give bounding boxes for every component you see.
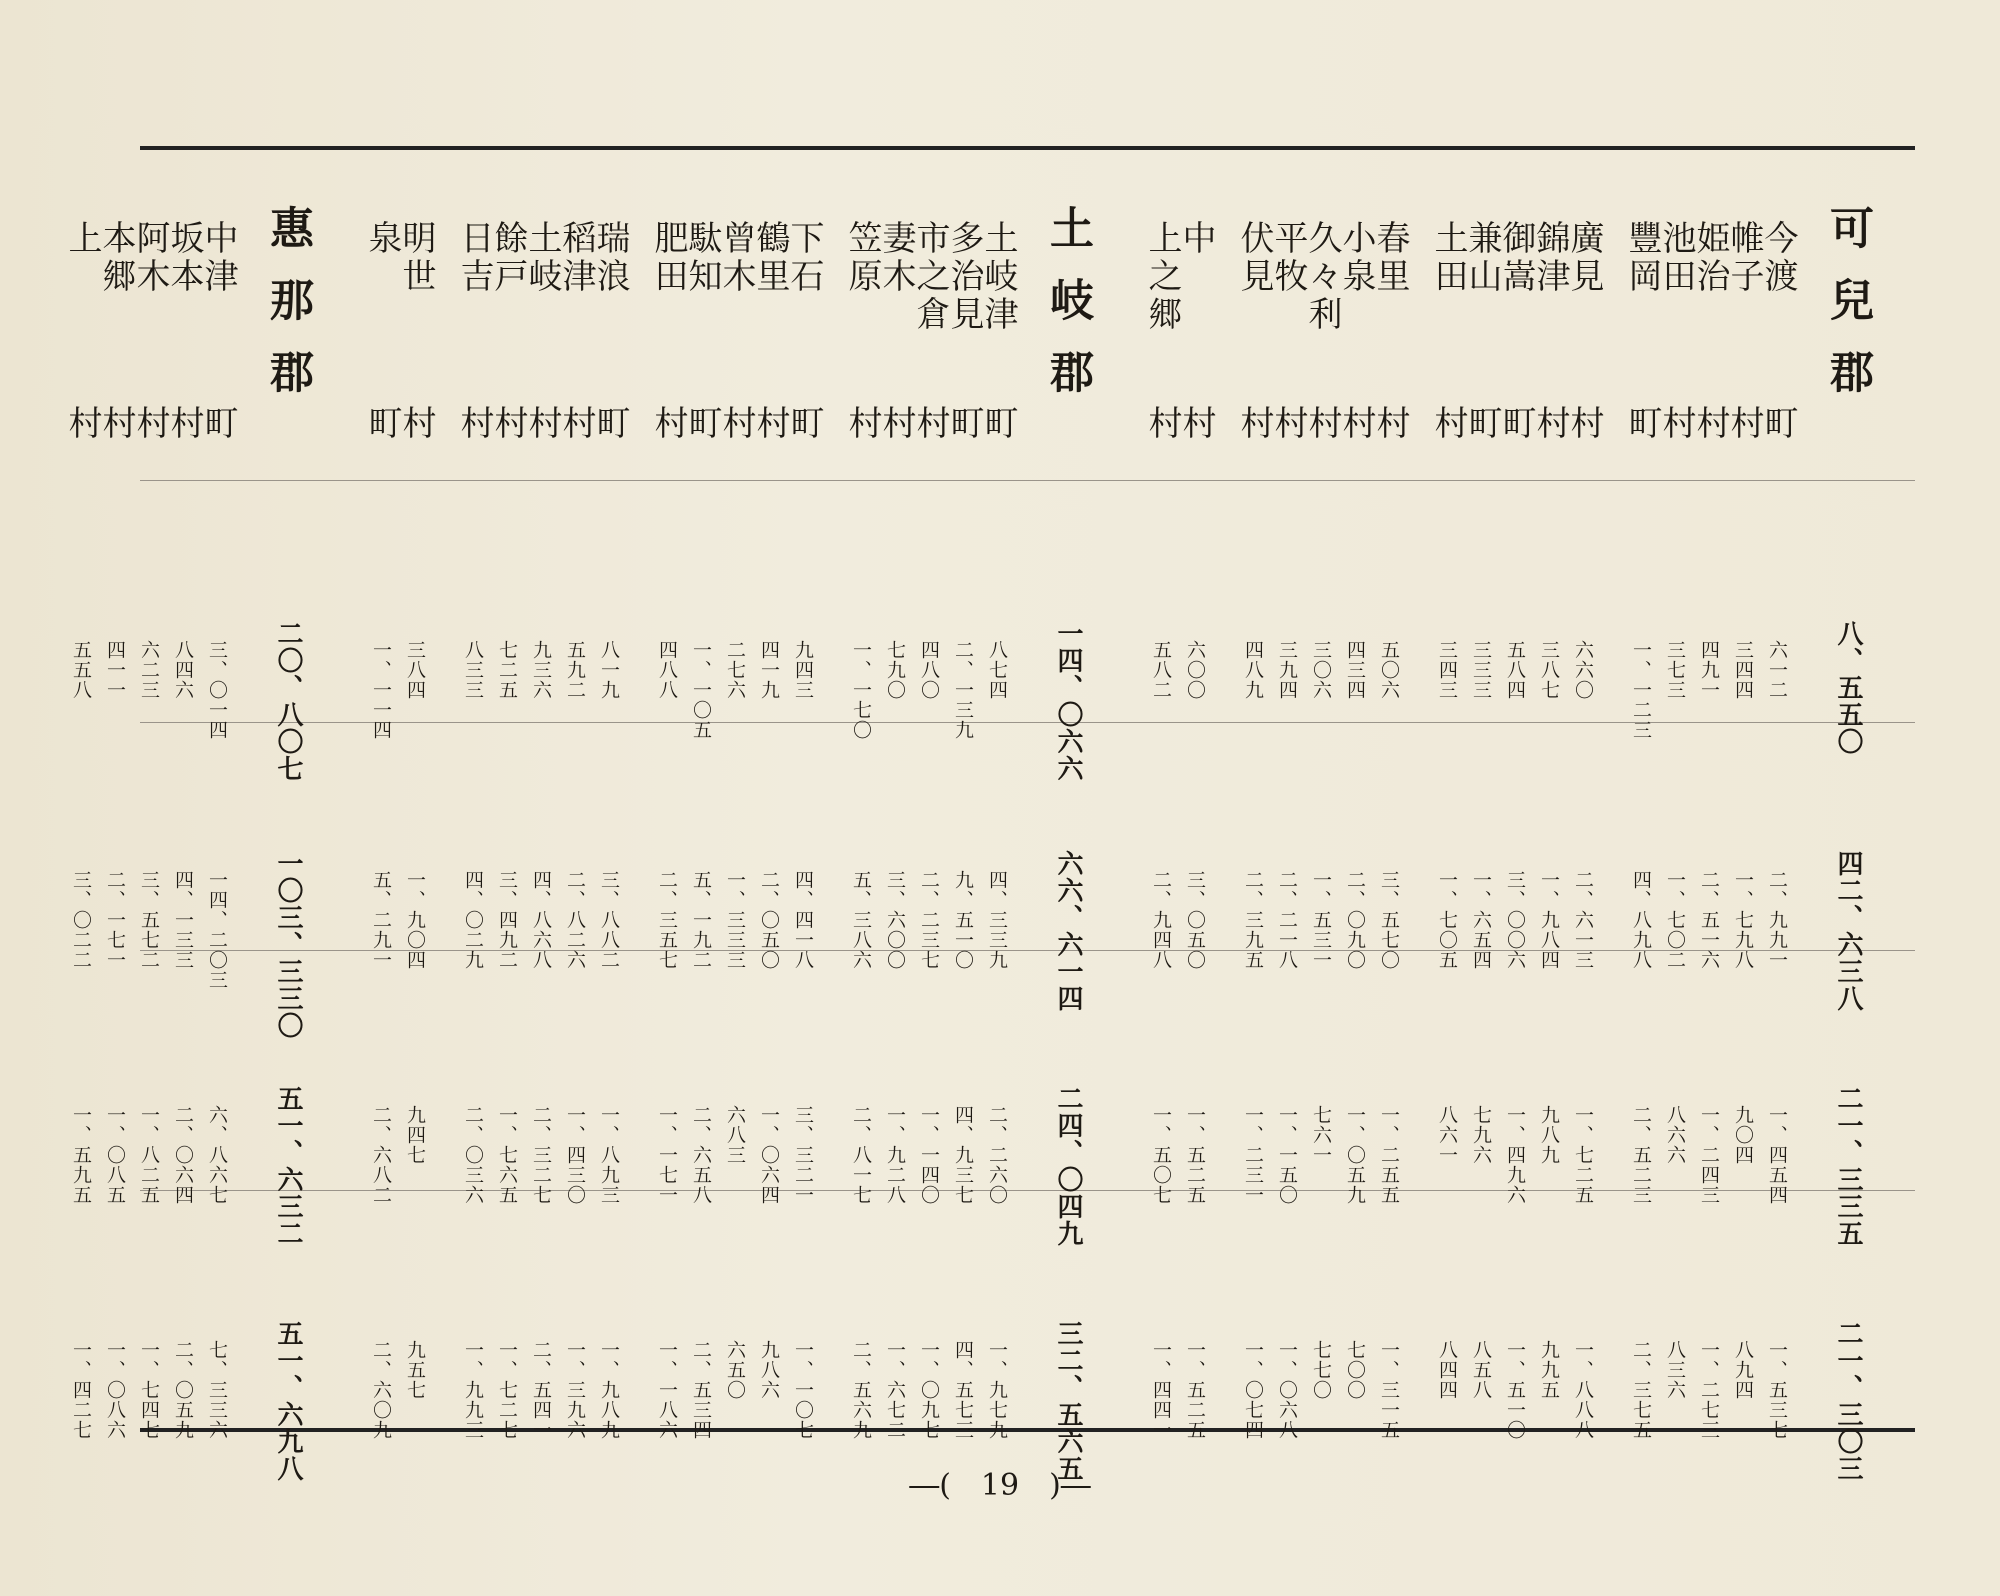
town-type: 村 (1567, 405, 1601, 443)
town-value: 三八七 (1539, 640, 1558, 700)
town-value: 六、八六七 (207, 1105, 226, 1205)
town-value: 四、三三九 (987, 870, 1006, 970)
town-value: 八三三 (463, 640, 482, 700)
town-value: 二、一七一 (105, 870, 124, 970)
town-value: 一、五三一 (1311, 870, 1330, 970)
town-value: 一、六五四 (1471, 870, 1490, 970)
town-column: 今渡町六一二二、九九一一、四五四一、五三七 (1761, 150, 1795, 1428)
town-value: 二、五三四 (691, 1340, 710, 1440)
town-value: 八三六 (1665, 1340, 1684, 1400)
county-total: 二一、三三五 (1835, 1085, 1861, 1247)
town-value: 六六〇 (1573, 640, 1592, 700)
town-name: 駄知 (682, 220, 722, 296)
town-value: 五九二 (565, 640, 584, 700)
town-value: 三、〇五〇 (1185, 870, 1204, 970)
town-name: 土岐 (522, 220, 562, 296)
town-type: 村 (913, 405, 947, 443)
town-type: 村 (651, 405, 685, 443)
town-value: 六一二 (1767, 640, 1786, 700)
town-type: 町 (685, 405, 719, 443)
town-type: 村 (879, 405, 913, 443)
town-value: 二、〇五九 (173, 1340, 192, 1440)
town-name: 土岐津 (978, 220, 1018, 334)
town-column: 中津町三、〇一四一四、二〇三六、八六七七、三三六 (201, 150, 235, 1428)
town-type: 村 (559, 405, 593, 443)
town-name: 上 (62, 220, 102, 258)
town-type: 村 (1339, 405, 1373, 443)
town-value: 二、三七五 (1631, 1340, 1650, 1440)
town-value: 五、二九一 (371, 870, 390, 970)
town-value: 二、二六〇 (987, 1105, 1006, 1205)
town-name: 下石 (784, 220, 824, 296)
town-type: 村 (133, 405, 167, 443)
town-column: 餘戸村七二五三、四九二一、七六五一、七二七 (491, 150, 525, 1428)
town-value: 四三四 (1345, 640, 1364, 700)
town-value: 一、九七九 (987, 1340, 1006, 1440)
town-value: 一、九九三 (463, 1340, 482, 1440)
town-value: 五八四 (1505, 640, 1524, 700)
town-name: 泉 (362, 220, 402, 258)
town-value: 二、五六九 (851, 1340, 870, 1440)
town-value: 一、一七〇 (851, 640, 870, 740)
town-type: 村 (1727, 405, 1761, 443)
town-type: 町 (365, 405, 399, 443)
town-value: 二、六八二 (371, 1105, 390, 1205)
town-value: 二、〇六四 (173, 1105, 192, 1205)
town-value: 六五〇 (725, 1340, 744, 1400)
town-value: 三八四 (405, 640, 424, 700)
town-column: 泉町一、一一四五、二九一二、六八二二、六〇九 (365, 150, 399, 1428)
town-type: 村 (1179, 405, 1213, 443)
town-value: 四一一 (105, 640, 124, 700)
town-column: 明世村三八四一、九〇四九四七九五七 (399, 150, 433, 1428)
town-name: 日吉 (454, 220, 494, 296)
town-value: 二、六〇九 (371, 1340, 390, 1440)
county-total: 五一、六三二 (275, 1085, 301, 1247)
town-value: 三九四 (1277, 640, 1296, 700)
town-value: 一、九八九 (599, 1340, 618, 1440)
town-value: 三四三 (1437, 640, 1456, 700)
town-value: 四、八九八 (1631, 870, 1650, 970)
town-value: 八一九 (599, 640, 618, 700)
town-value: 一、五二五 (1185, 1105, 1204, 1205)
town-value: 五〇六 (1379, 640, 1398, 700)
town-name: 姫治 (1690, 220, 1730, 296)
town-name: 坂本 (164, 220, 204, 296)
town-value: 一、九八四 (1539, 870, 1558, 970)
town-column: 帷子村三四四一、七九八九〇四八九四 (1727, 150, 1761, 1428)
town-column: 坂本村八四六四、一三三二、〇六四二、〇五九 (167, 150, 201, 1428)
county-name: 惠那郡 (265, 205, 309, 421)
town-value: 三、五七〇 (1379, 870, 1398, 970)
town-value: 一、四九六 (1505, 1105, 1524, 1205)
town-value: 四八八 (657, 640, 676, 700)
county-total: 二四、〇四九 (1055, 1085, 1081, 1247)
town-name: 肥田 (648, 220, 688, 296)
town-value: 二、五二三 (1631, 1105, 1650, 1205)
county-total: 一〇三、三三〇 (275, 850, 301, 1039)
county-total: 三二、五六五 (1055, 1320, 1081, 1482)
town-value: 六二三 (139, 640, 158, 700)
town-value: 八六六 (1665, 1105, 1684, 1165)
town-value: 二、三五七 (657, 870, 676, 970)
town-type: 村 (167, 405, 201, 443)
town-type: 村 (525, 405, 559, 443)
town-name: 池田 (1656, 220, 1696, 296)
town-column: 土岐村九三六四、八六八二、三二七二、五四一 (525, 150, 559, 1428)
town-value: 一、八九三 (599, 1105, 618, 1205)
town-name: 鶴里 (750, 220, 790, 296)
town-type: 町 (981, 405, 1015, 443)
town-type: 村 (457, 405, 491, 443)
town-value: 二、九四八 (1151, 870, 1170, 970)
town-value: 二、〇五〇 (759, 870, 778, 970)
town-column: 妻木村七九〇三、六〇〇一、九二八一、六七二 (879, 150, 913, 1428)
town-value: 一、二四三 (1699, 1105, 1718, 1205)
town-value: 一、〇八五 (105, 1105, 124, 1205)
town-value: 八四六 (173, 640, 192, 700)
town-value: 二、二三七 (919, 870, 938, 970)
town-value: 二、九九一 (1767, 870, 1786, 970)
town-type: 町 (1499, 405, 1533, 443)
page-number: ―( 19 )― (909, 1460, 1091, 1504)
town-value: 二、八一七 (851, 1105, 870, 1205)
town-value: 一、七六五 (497, 1105, 516, 1205)
town-name: 廣見 (1564, 220, 1604, 296)
town-type: 村 (65, 405, 99, 443)
town-value: 三、三二一 (793, 1105, 812, 1205)
town-name: 平牧 (1268, 220, 1308, 296)
town-value: 三七三 (1665, 640, 1684, 700)
town-value: 一、七四七 (139, 1340, 158, 1440)
town-column: 御嵩町五八四三、〇〇六一、四九六一、五一〇 (1499, 150, 1533, 1428)
town-value: 三、〇一四 (207, 640, 226, 740)
town-value: 四、四一八 (793, 870, 812, 970)
town-value: 七、三三六 (207, 1340, 226, 1440)
town-value: 八五八 (1471, 1340, 1490, 1400)
town-value: 一、一〇七 (793, 1340, 812, 1440)
town-value: 三、〇〇六 (1505, 870, 1524, 970)
town-value: 四八〇 (919, 640, 938, 700)
town-value: 六〇〇 (1185, 640, 1204, 700)
town-value: 三、五七二 (139, 870, 158, 970)
town-value: 四八九 (1243, 640, 1262, 700)
town-name: 土田 (1428, 220, 1468, 296)
town-value: 五、三八六 (851, 870, 870, 970)
town-type: 村 (1305, 405, 1339, 443)
town-value: 一四、二〇三 (207, 870, 226, 990)
document-page: 可兒郡八、五五〇四二、六三八二一、三三五二一、三〇三今渡町六一二二、九九一一、四… (0, 0, 2000, 1596)
town-value: 三、六〇〇 (885, 870, 904, 970)
town-value: 三四四 (1733, 640, 1752, 700)
town-column: 姫治村四九一二、五一六一、二四三一、二七三 (1693, 150, 1727, 1428)
town-column: 阿木村六二三三、五七二一、八二五一、七四七 (133, 150, 167, 1428)
town-type: 町 (1465, 405, 1499, 443)
population-table: 可兒郡八、五五〇四二、六三八二一、三三五二一、三〇三今渡町六一二二、九九一一、四… (140, 150, 1915, 1428)
town-value: 一、一二三 (1631, 640, 1650, 740)
town-value: 一、三九六 (565, 1340, 584, 1440)
town-column: 笠原村一、一七〇五、三八六二、八一七二、五六九 (845, 150, 879, 1428)
town-value: 七〇〇 (1345, 1340, 1364, 1400)
town-value: 一、九二八 (885, 1105, 904, 1205)
town-value: 一、五〇七 (1151, 1105, 1170, 1205)
town-type: 村 (1659, 405, 1693, 443)
town-column: 錦津村三八七一、九八四九八九九九五 (1533, 150, 1567, 1428)
town-value: 一、八八八 (1573, 1340, 1592, 1440)
town-value: 五八二 (1151, 640, 1170, 700)
town-value: 一、四二七 (71, 1340, 90, 1440)
town-value: 二、八二六 (565, 870, 584, 970)
town-type: 町 (201, 405, 235, 443)
town-value: 六八三 (725, 1105, 744, 1165)
town-column: 久々利村三〇六一、五三一七六一七七〇 (1305, 150, 1339, 1428)
town-name: 曾木 (716, 220, 756, 296)
town-value: 七二五 (497, 640, 516, 700)
town-name: 豐岡 (1622, 220, 1662, 296)
county-total: 六六、六一四 (1055, 850, 1081, 1012)
town-value: 四九一 (1699, 640, 1718, 700)
town-value: 一、七二五 (1573, 1105, 1592, 1205)
county-column: 可兒郡八、五五〇四二、六三八二一、三三五二一、三〇三 (1815, 150, 1885, 1428)
town-name: 小泉 (1336, 220, 1376, 296)
town-type: 村 (1237, 405, 1271, 443)
county-name: 土岐郡 (1045, 205, 1089, 421)
town-column: 春里村五〇六三、五七〇一、二五五一、三一五 (1373, 150, 1407, 1428)
town-type: 村 (1693, 405, 1727, 443)
town-value: 一、一四〇 (919, 1105, 938, 1205)
town-value: 一、四三〇 (565, 1105, 584, 1205)
county-total: 一四、〇六六 (1055, 620, 1081, 782)
town-column: 多治見町二、一三九九、五一〇四、九三七四、五七三 (947, 150, 981, 1428)
town-value: 二、三九五 (1243, 870, 1262, 970)
town-name: 多治見 (944, 220, 984, 334)
county-total: 八、五五〇 (1835, 620, 1861, 755)
town-name: 久々利 (1302, 220, 1342, 334)
town-value: 一、一七一 (657, 1105, 676, 1205)
town-value: 一、七〇五 (1437, 870, 1456, 970)
town-value: 二、一三九 (953, 640, 972, 740)
town-value: 九九五 (1539, 1340, 1558, 1400)
town-value: 二、〇九〇 (1345, 870, 1364, 970)
town-value: 一、三一五 (1379, 1340, 1398, 1440)
town-type: 村 (1431, 405, 1465, 443)
town-value: 四一九 (759, 640, 778, 700)
town-value: 二、三二七 (531, 1105, 550, 1205)
town-value: 四、一三三 (173, 870, 192, 970)
town-name: 今渡 (1758, 220, 1798, 296)
town-value: 三、〇二二 (71, 870, 90, 970)
town-name: 伏見 (1234, 220, 1274, 296)
town-type: 村 (1373, 405, 1407, 443)
town-value: 二、六五八 (691, 1105, 710, 1205)
town-name: 妻木 (876, 220, 916, 296)
town-value: 一、〇六八 (1277, 1340, 1296, 1440)
town-value: 三、四九二 (497, 870, 516, 970)
town-name: 兼山 (1462, 220, 1502, 296)
town-value: 八七四 (987, 640, 1006, 700)
town-value: 七六一 (1311, 1105, 1330, 1165)
town-name: 中 (1176, 220, 1216, 258)
town-type: 町 (787, 405, 821, 443)
town-value: 八九四 (1733, 1340, 1752, 1400)
town-name: 上之郷 (1142, 220, 1182, 334)
town-name: 瑞浪 (590, 220, 630, 296)
town-value: 一、六七二 (885, 1340, 904, 1440)
town-column: 肥田村四八八二、三五七一、一七一一、一八六 (651, 150, 685, 1428)
town-value: 一、八二五 (139, 1105, 158, 1205)
town-column: 兼山町三三三一、六五四七九六八五八 (1465, 150, 1499, 1428)
town-type: 村 (1145, 405, 1179, 443)
town-column: 中村六〇〇三、〇五〇一、五二五一、五二五 (1179, 150, 1213, 1428)
town-value: 九五七 (405, 1340, 424, 1400)
county-total: 五一、六九八 (275, 1320, 301, 1482)
town-value: 五、一九二 (691, 870, 710, 970)
town-value: 七九〇 (885, 640, 904, 700)
town-value: 九八六 (759, 1340, 778, 1400)
town-value: 一、五一〇 (1505, 1340, 1524, 1440)
town-value: 一、一八六 (657, 1340, 676, 1440)
town-type: 村 (845, 405, 879, 443)
town-column: 土田村三四三一、七〇五八六一八四四 (1431, 150, 1465, 1428)
town-type: 村 (753, 405, 787, 443)
town-name: 御嵩 (1496, 220, 1536, 296)
town-type: 村 (491, 405, 525, 443)
town-value: 二、五一六 (1699, 870, 1718, 970)
town-column: 平牧村三九四二、二一八一、一五〇一、〇六八 (1271, 150, 1305, 1428)
town-name: 帷子 (1724, 220, 1764, 296)
town-name: 稻津 (556, 220, 596, 296)
town-type: 村 (399, 405, 433, 443)
town-value: 五五八 (71, 640, 90, 700)
town-column: 小泉村四三四二、〇九〇一、〇五九七〇〇 (1339, 150, 1373, 1428)
town-column: 廣見村六六〇二、六一三一、七二五一、八八八 (1567, 150, 1601, 1428)
town-value: 八六一 (1437, 1105, 1456, 1165)
town-column: 瑞浪町八一九三、八八二一、八九三一、九八九 (593, 150, 627, 1428)
town-value: 一、三三三 (725, 870, 744, 970)
town-type: 村 (99, 405, 133, 443)
town-column: 池田村三七三一、七〇二八六六八三六 (1659, 150, 1693, 1428)
town-value: 七七〇 (1311, 1340, 1330, 1400)
town-value: 九〇四 (1733, 1105, 1752, 1165)
town-value: 四、九三七 (953, 1105, 972, 1205)
town-value: 一、〇五九 (1345, 1105, 1364, 1205)
town-column: 日吉村八三三四、〇二九二、〇三六一、九九三 (457, 150, 491, 1428)
town-name: 春里 (1370, 220, 1410, 296)
county-column: 土岐郡一四、〇六六六六、六一四二四、〇四九三二、五六五 (1035, 150, 1105, 1428)
town-value: 一、一五〇 (1277, 1105, 1296, 1205)
town-column: 上村五五八三、〇二二一、五九五一、四二七 (65, 150, 99, 1428)
town-column: 豐岡町一、一二三四、八九八二、五二三二、三七五 (1625, 150, 1659, 1428)
town-value: 四、五七三 (953, 1340, 972, 1440)
town-value: 三〇六 (1311, 640, 1330, 700)
town-name: 錦津 (1530, 220, 1570, 296)
town-value: 一、五三七 (1767, 1340, 1786, 1440)
town-value: 八四四 (1437, 1340, 1456, 1400)
town-column: 市之倉村四八〇二、二三七一、一四〇一、〇九七 (913, 150, 947, 1428)
town-name: 本郷 (96, 220, 136, 296)
town-value: 九四三 (793, 640, 812, 700)
town-value: 九、五一〇 (953, 870, 972, 970)
town-value: 二、五四一 (531, 1340, 550, 1440)
town-value: 一、〇六四 (759, 1105, 778, 1205)
town-column: 鶴里村四一九二、〇五〇一、〇六四九八六 (753, 150, 787, 1428)
town-value: 九八九 (1539, 1105, 1558, 1165)
town-value: 三、八八二 (599, 870, 618, 970)
town-column: 本郷村四一一二、一七一一、〇八五一、〇八六 (99, 150, 133, 1428)
county-name: 可兒郡 (1825, 205, 1869, 421)
town-value: 一、〇八六 (105, 1340, 124, 1440)
town-type: 町 (1761, 405, 1795, 443)
town-value: 一、五九五 (71, 1105, 90, 1205)
town-type: 町 (593, 405, 627, 443)
town-value: 一、二三一 (1243, 1105, 1262, 1205)
town-value: 一、二七三 (1699, 1340, 1718, 1440)
town-value: 四、〇二九 (463, 870, 482, 970)
town-value: 二、六一三 (1573, 870, 1592, 970)
town-value: 二七六 (725, 640, 744, 700)
town-value: 四、八六八 (531, 870, 550, 970)
town-value: 一、一一四 (371, 640, 390, 740)
page-footer: ―( 19 )― (0, 1460, 2000, 1504)
town-name: 笠原 (842, 220, 882, 296)
county-total: 四二、六三八 (1835, 850, 1861, 1012)
town-value: 一、四五四 (1767, 1105, 1786, 1205)
town-value: 一、四四一 (1151, 1340, 1170, 1440)
town-type: 町 (947, 405, 981, 443)
county-column: 惠那郡二〇、八〇七一〇三、三三〇五一、六三二五一、六九八 (255, 150, 325, 1428)
town-value: 一、二五五 (1379, 1105, 1398, 1205)
town-value: 二、二一八 (1277, 870, 1296, 970)
town-name: 餘戸 (488, 220, 528, 296)
town-value: 七九六 (1471, 1105, 1490, 1165)
town-name: 明世 (396, 220, 436, 296)
town-value: 一、九〇四 (405, 870, 424, 970)
county-total: 二一、三〇三 (1835, 1320, 1861, 1482)
town-value: 一、七二七 (497, 1340, 516, 1440)
town-name: 阿木 (130, 220, 170, 296)
town-value: 一、〇七四 (1243, 1340, 1262, 1440)
town-type: 村 (1533, 405, 1567, 443)
town-type: 村 (719, 405, 753, 443)
town-value: 一、七〇二 (1665, 870, 1684, 970)
town-value: 九四七 (405, 1105, 424, 1165)
town-value: 二、〇三六 (463, 1105, 482, 1205)
town-value: 一、〇九七 (919, 1340, 938, 1440)
town-column: 稻津村五九二二、八二六一、四三〇一、三九六 (559, 150, 593, 1428)
town-name: 市之倉 (910, 220, 950, 334)
town-column: 曾木村二七六一、三三三六八三六五〇 (719, 150, 753, 1428)
town-value: 一、五二五 (1185, 1340, 1204, 1440)
county-total: 二〇、八〇七 (275, 620, 301, 782)
town-column: 駄知町一、一〇五五、一九二二、六五八二、五三四 (685, 150, 719, 1428)
town-column: 下石町九四三四、四一八三、三二一一、一〇七 (787, 150, 821, 1428)
town-value: 三三三 (1471, 640, 1490, 700)
town-column: 伏見村四八九二、三九五一、二三一一、〇七四 (1237, 150, 1271, 1428)
town-value: 九三六 (531, 640, 550, 700)
town-value: 一、七九八 (1733, 870, 1752, 970)
town-column: 土岐津町八七四四、三三九二、二六〇一、九七九 (981, 150, 1015, 1428)
town-value: 一、一〇五 (691, 640, 710, 740)
town-column: 上之郷村五八二二、九四八一、五〇七一、四四一 (1145, 150, 1179, 1428)
town-type: 村 (1271, 405, 1305, 443)
town-type: 町 (1625, 405, 1659, 443)
town-name: 中津 (198, 220, 238, 296)
